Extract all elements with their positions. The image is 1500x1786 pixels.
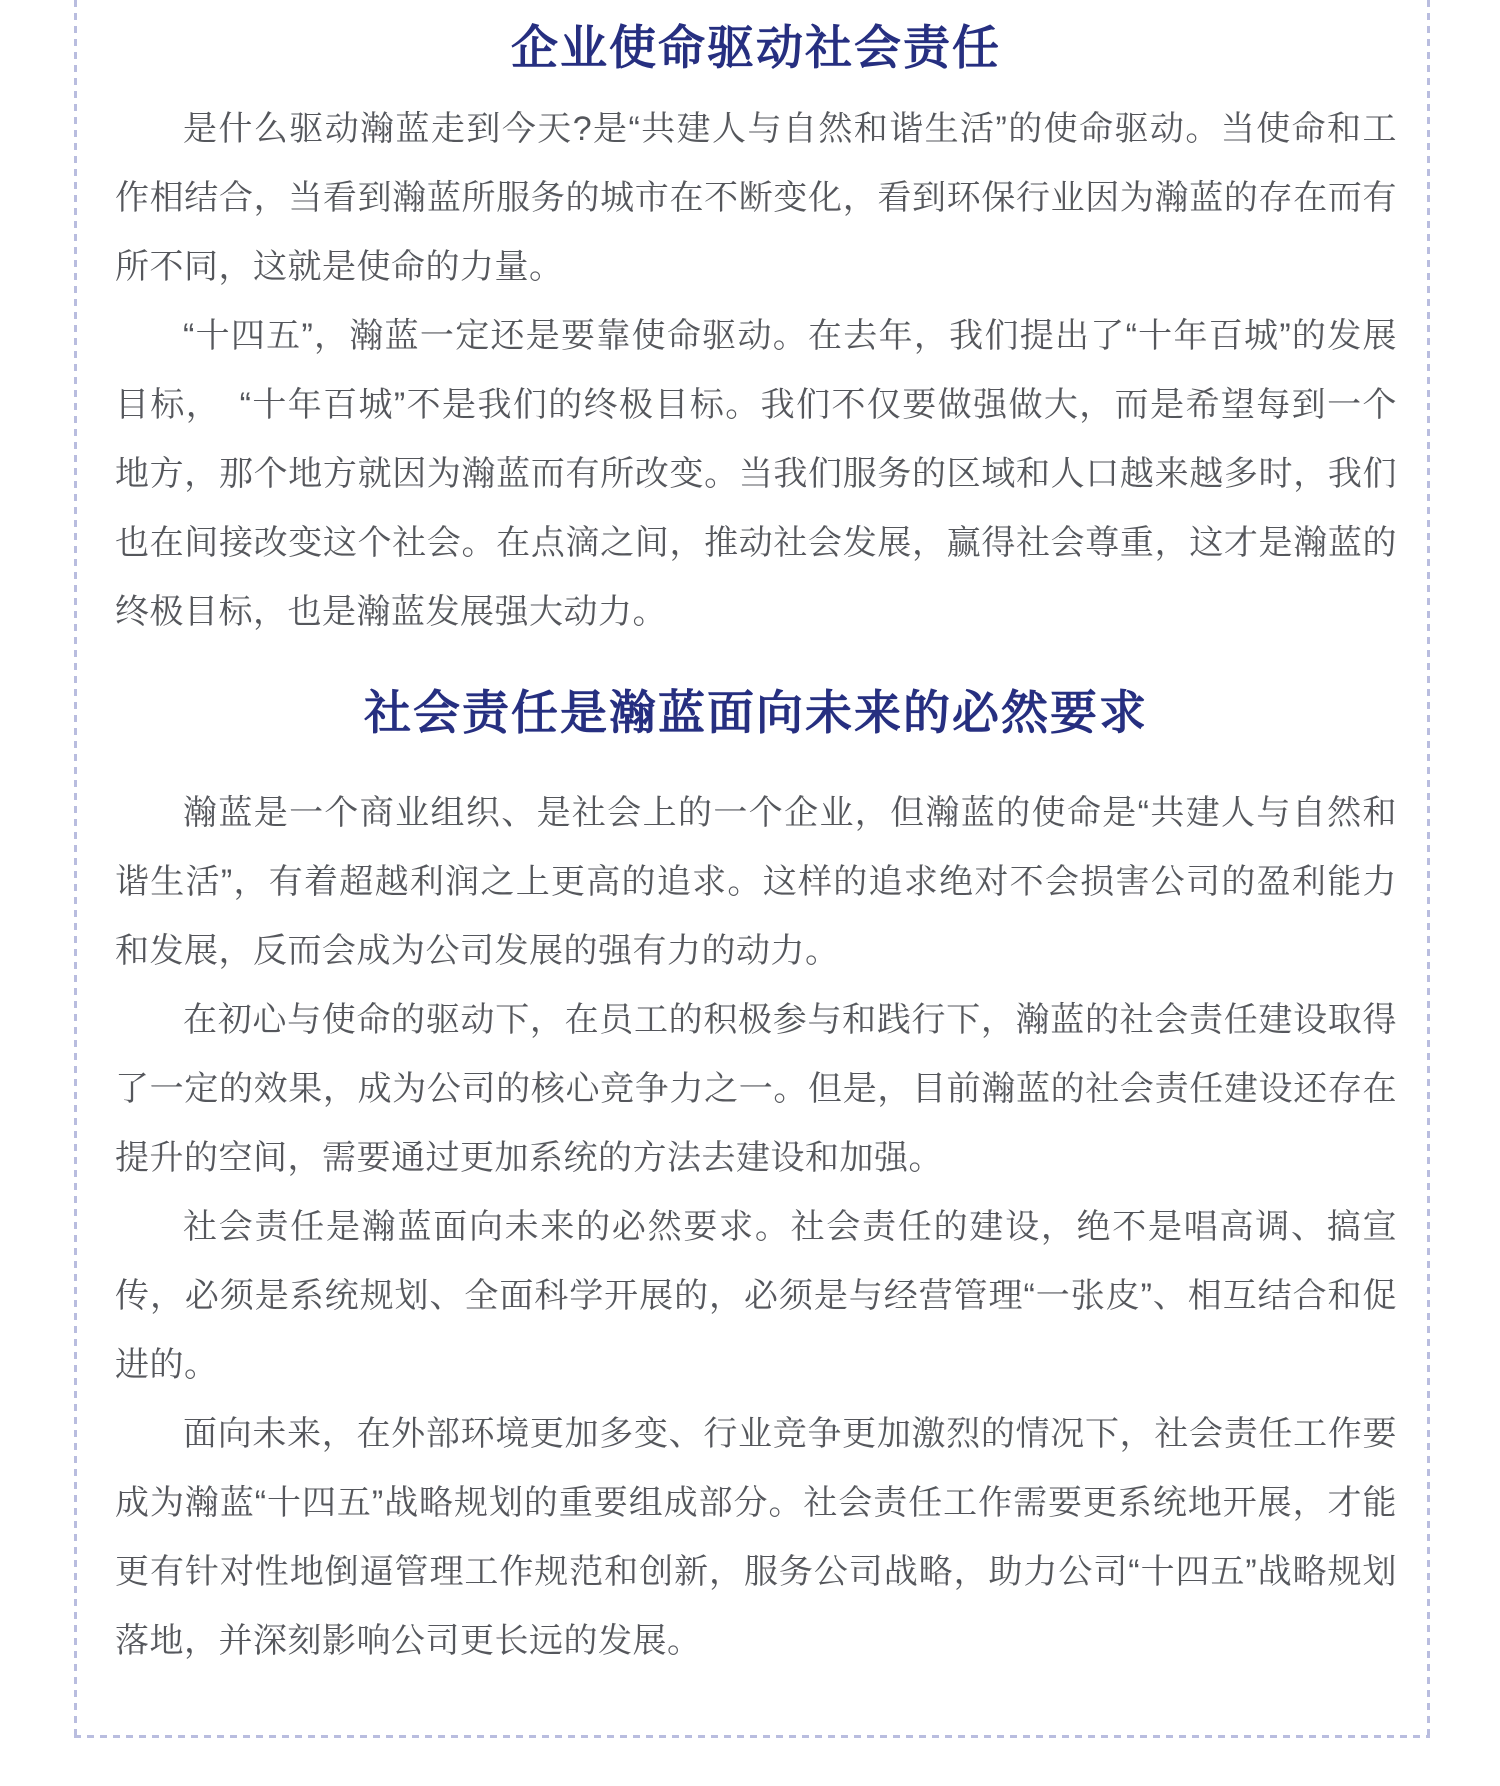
dashed-border-bottom <box>74 1735 1430 1738</box>
dashed-border-right <box>1427 0 1430 1737</box>
paragraph: 瀚蓝是一个商业组织、是社会上的一个企业，但瀚蓝的使命是“共建人与自然和谐生活”，… <box>115 779 1397 986</box>
paragraph: 社会责任是瀚蓝面向未来的必然要求。社会责任的建设，绝不是唱高调、搞宣传，必须是系… <box>115 1193 1397 1400</box>
paragraph: 面向未来，在外部环境更加多变、行业竞争更加激烈的情况下，社会责任工作要成为瀚蓝“… <box>115 1400 1397 1676</box>
section-title-responsibility: 社会责任是瀚蓝面向未来的必然要求 <box>115 647 1397 779</box>
paragraph: “十四五”，瀚蓝一定还是要靠使命驱动。在去年，我们提出了“十年百城”的发展目标，… <box>115 302 1397 647</box>
dashed-border-left <box>74 0 77 1737</box>
paragraph: 在初心与使命的驱动下，在员工的积极参与和践行下，瀚蓝的社会责任建设取得了一定的效… <box>115 986 1397 1193</box>
report-page: 企业使命驱动社会责任 是什么驱动瀚蓝走到今天?是“共建人与自然和谐生活”的使命驱… <box>0 0 1500 1786</box>
paragraph: 是什么驱动瀚蓝走到今天?是“共建人与自然和谐生活”的使命驱动。当使命和工作相结合… <box>115 95 1397 302</box>
section-title-mission: 企业使命驱动社会责任 <box>115 0 1397 95</box>
page-content: 企业使命驱动社会责任 是什么驱动瀚蓝走到今天?是“共建人与自然和谐生活”的使命驱… <box>115 0 1397 1676</box>
